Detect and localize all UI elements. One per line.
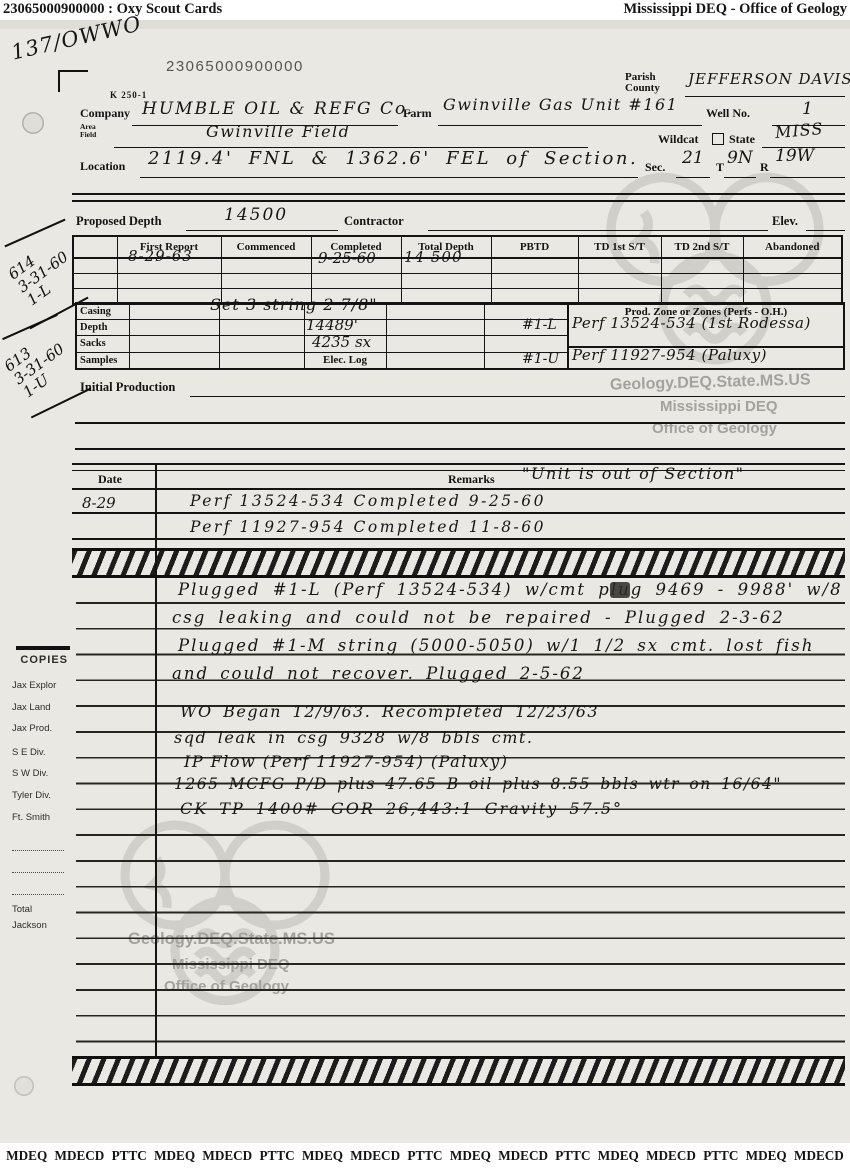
note-line: CK TP 1400# GOR 26,443:1 Gravity 57.5° xyxy=(180,799,623,818)
sacks-row-label: Sacks xyxy=(76,336,129,352)
table-stub-cell xyxy=(73,236,117,258)
casing-value: Set 3 string 2 7/8" xyxy=(210,295,378,314)
remark-entry-2: Perf 11927-954 Completed 11-8-60 xyxy=(190,518,546,536)
date-column-label: Date xyxy=(98,472,122,487)
note-line: IP Flow (Perf 11927-954) (Paluxy) xyxy=(184,752,508,771)
watermark-text-deq-top: Mississippi DEQ xyxy=(660,398,778,415)
copies-divider xyxy=(16,646,70,650)
double-rule xyxy=(72,193,845,202)
total-depth-value: 14 500 xyxy=(404,248,463,266)
contractor-label: Contractor xyxy=(344,214,404,229)
well-no-label: Well No. xyxy=(706,106,750,121)
ink-blot xyxy=(610,582,630,598)
copies-blank-line xyxy=(12,872,64,873)
field-value: Gwinville Field xyxy=(206,122,350,141)
api-number: 23065000900000 xyxy=(166,58,304,75)
proposed-depth-value: 14500 xyxy=(224,205,288,225)
hatch-divider-bottom xyxy=(72,1056,845,1086)
completion-report-table: First Report Commenced Completed Total D… xyxy=(72,235,843,305)
note-line: Plugged #1-L (Perf 13524-534) w/cmt plug… xyxy=(178,580,850,599)
field-underline xyxy=(428,230,768,231)
note-line: and could not recover. Plugged 2-5-62 xyxy=(172,664,585,683)
pen-bracket-mark xyxy=(58,70,88,92)
field-underline xyxy=(186,230,338,231)
field-label: Field xyxy=(80,131,96,139)
depth-value: 14489' xyxy=(306,316,358,334)
company-label: Company xyxy=(80,106,130,121)
copies-item-jax-land: Jax Land xyxy=(12,702,51,713)
wildcat-label: Wildcat xyxy=(658,132,698,147)
farm-label: Farm xyxy=(403,106,432,121)
elec-log-label: Elec. Log xyxy=(304,352,386,369)
copies-total-label: Total xyxy=(12,904,32,915)
note-line: csg leaking and could not be repaired - … xyxy=(172,608,785,627)
sec-label: Sec. xyxy=(645,160,665,175)
col-abandoned: Abandoned xyxy=(743,236,842,258)
farm-value: Gwinville Gas Unit #161 xyxy=(443,95,678,114)
copies-item-tyler-div: Tyler Div. xyxy=(12,790,51,801)
sacks-value: 4235 sx xyxy=(312,333,371,351)
field-underline xyxy=(140,177,638,178)
proposed-depth-label: Proposed Depth xyxy=(76,214,162,229)
township-label: T xyxy=(716,160,724,175)
field-underline xyxy=(438,125,702,126)
watermark-text-url-top: Geology.DEQ.State.MS.US xyxy=(610,371,811,394)
viewer-title-right: Mississippi DEQ - Office of Geology xyxy=(623,0,847,20)
copies-item-jax-prod: Jax Prod. xyxy=(12,723,52,734)
state-label: State xyxy=(729,132,755,147)
township-value: 9N xyxy=(727,148,753,168)
note-line: 1265 MCFG P/D plus 47.65 B oil plus 8.55… xyxy=(174,775,782,793)
rule xyxy=(72,512,845,514)
location-value: 2119.4' FNL & 1362.6' FEL of Section. xyxy=(148,148,638,169)
remarks-column-label: Remarks xyxy=(448,472,495,487)
note-line: WO Began 12/9/63. Recompleted 12/23/63 xyxy=(180,702,599,721)
viewer-page: 23065000900000 : Oxy Scout Cards Mississ… xyxy=(0,0,850,1168)
col-td-1st: TD 1st S/T xyxy=(578,236,661,258)
field-underline xyxy=(806,230,845,231)
copies-header: COPIES xyxy=(12,654,68,666)
samples-row-label: Samples xyxy=(76,352,129,369)
copies-blank-line xyxy=(12,894,64,895)
parish-county-value: JEFFERSON DAVIS xyxy=(688,70,850,88)
well-no-value: 1 xyxy=(802,99,813,119)
field-underline xyxy=(724,177,756,178)
parish-county-label: Parish County xyxy=(625,72,660,94)
note-line: Plugged #1-M string (5000-5050) w/1 1/2 … xyxy=(178,636,814,655)
punch-hole-top xyxy=(22,112,44,134)
remark-entry-1: Perf 13524-534 Completed 9-25-60 xyxy=(190,492,546,510)
company-value: HUMBLE OIL & REFG Co. xyxy=(142,99,414,119)
casing-row-label: Casing xyxy=(76,303,129,320)
remarks-quote: "Unit is out of Section" xyxy=(522,464,745,483)
note-line: sqd leak in csg 9328 w/8 bbls cmt. xyxy=(174,728,533,747)
depth-row-label: Depth xyxy=(76,320,129,336)
rule xyxy=(75,422,845,424)
copies-item-jax-explor: Jax Explor xyxy=(12,680,56,691)
field-underline xyxy=(770,177,845,178)
margin-note-1: 614 3-31-60 1-L xyxy=(5,236,80,309)
rule xyxy=(75,448,845,450)
location-label: Location xyxy=(80,159,125,174)
first-report-value: 8-29-63 xyxy=(128,247,193,265)
area-field-label: Area Field xyxy=(80,123,96,139)
col-pbtd: PBTD xyxy=(491,236,578,258)
prod-zone-line2: Perf 11927-954 (Paluxy) xyxy=(572,346,767,364)
entry-date: 8-29 xyxy=(82,494,116,512)
range-value: 19W xyxy=(775,146,814,166)
col-commenced: Commenced xyxy=(221,236,311,258)
hatch-divider-top xyxy=(72,548,845,578)
samples-tag: #1-U xyxy=(522,351,559,367)
initial-production-label: Initial Production xyxy=(80,380,175,395)
table-row xyxy=(73,274,842,289)
wildcat-checkbox xyxy=(712,133,724,145)
rule xyxy=(72,538,845,540)
copies-total-value: Jackson xyxy=(12,920,47,931)
completed-value: 9-25-60 xyxy=(318,249,376,267)
rule xyxy=(72,488,845,490)
state-value: MISS xyxy=(774,119,824,142)
date-column-divider xyxy=(155,463,157,1056)
margin-note-2: 613 3-31-60 1-U xyxy=(1,328,76,401)
punch-hole-bottom xyxy=(14,1076,34,1096)
scanned-scout-card: Geology.DEQ.State.MS.US Mississippi DEQ … xyxy=(0,20,850,1143)
depth-tag: #1-L xyxy=(522,317,557,333)
field-underline xyxy=(685,96,845,97)
col-td-2nd: TD 2nd S/T xyxy=(661,236,743,258)
copies-item-ft-smith: Ft. Smith xyxy=(12,812,50,823)
field-underline xyxy=(190,396,845,397)
copies-item-se-div: S E Div. xyxy=(12,747,46,758)
range-label: R xyxy=(760,160,769,175)
elev-label: Elev. xyxy=(772,214,798,229)
county-label: County xyxy=(625,83,660,94)
copies-item-sw-div: S W Div. xyxy=(12,768,48,779)
viewer-footer: MDEQ MDECD PTTC MDEQ MDECD PTTC MDEQ MDE… xyxy=(0,1143,850,1168)
sec-value: 21 xyxy=(682,148,704,168)
field-underline xyxy=(676,177,710,178)
prod-zone-line1: Perf 13524-534 (1st Rodessa) xyxy=(572,314,811,332)
copies-blank-line xyxy=(12,850,64,851)
table-row: SamplesElec. Log xyxy=(76,352,568,369)
